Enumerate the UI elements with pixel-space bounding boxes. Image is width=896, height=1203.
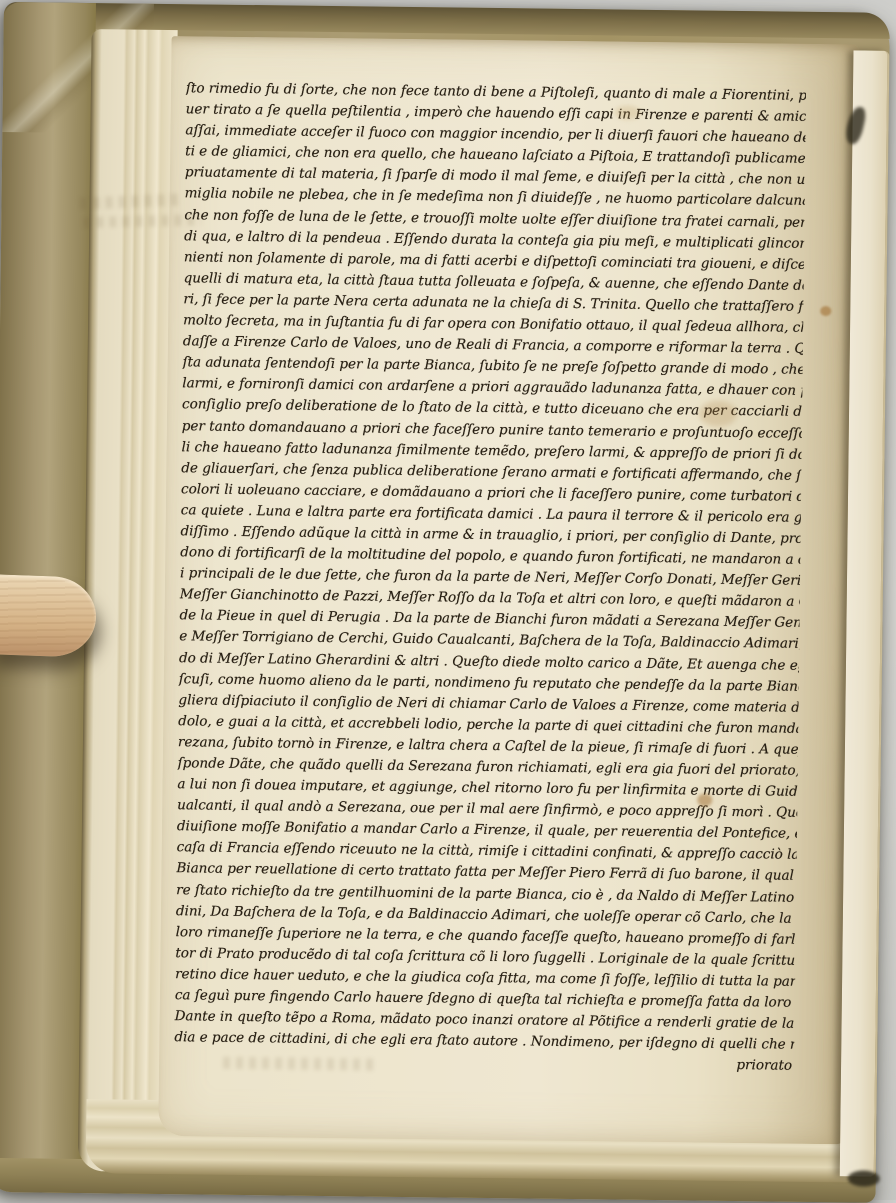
text-line: rezana, ſubito tornò in Firenze, e laltr… [178,732,798,761]
text-line: diuiſione moſſe Bonifatio a mandar Carlo… [177,816,797,845]
stain [820,306,831,316]
text-line: ualcanti, il qual andò a Serezana, oue p… [177,795,797,824]
stain [699,401,737,427]
show-through-mark [223,1057,373,1071]
text-line: Meſſer Gianchinotto de Pazzi, Meſſer Roſ… [180,584,800,613]
page [158,36,859,1144]
text-line: caſa di Francia eſſendo riceuuto ne la c… [177,838,797,867]
gutter-tear-mark [848,1170,880,1186]
text-line: de la Pieue in quel di Perugia . Da la p… [179,606,799,635]
show-through-mark [79,194,179,210]
text-line: li che haueano fatto ladunanza ſimilment… [181,437,801,466]
show-through-mark [83,214,201,228]
next-leaf-edge [840,50,890,1176]
text-line: priuatamente di tal materia, ſi ſparſe d… [185,163,805,192]
text-line: ſponde Dãte, che quãdo quelli da Serezan… [178,753,798,782]
wooden-page-holder [0,574,97,658]
text-line: de gliauerſari, che ſenza publica delibe… [181,458,801,487]
text-line: gliera diſpiaciuto il conſiglio de Neri … [178,690,798,719]
text-line: dolo, e guai a la città, et accrebbeli l… [178,711,798,740]
cover-corner-crease [2,2,154,134]
text-line: e Meſſer Torrigiano de Cerchi, Guido Cau… [179,627,799,656]
text-line: dini, Da Baſchera de la Toſa, e da Baldi… [176,901,796,930]
text-block: ſto rimedio fu di ſorte, che non fece ta… [174,78,806,1077]
text-line: miglia nobile ne plebea, che in ſe medeſ… [185,184,805,213]
text-line: a lui non ſi douea imputare, et aggiunge… [177,774,797,803]
text-line: ſto rimedio fu di ſorte, che non fece ta… [186,78,806,107]
text-line: i principali de le due ſette, che furon … [180,563,800,592]
page-edges-left [78,29,178,1172]
text-line: daſſe a Firenze Carlo de Valoes, uno de … [183,331,803,360]
text-line: diſſimo . Eſſendo adũque la città in arm… [180,521,800,550]
text-line: larmi, e fornironſi damici con ardarſene… [182,374,802,403]
catchword: priorato [174,1048,794,1077]
text-line: dono di fortificarſi de la moltitudine d… [180,542,800,571]
text-line: Bianca per reuellatione di certo trattat… [176,859,796,888]
text-line: ſta adunata ſentendoſi per la parte Bian… [182,352,802,381]
stain [615,105,641,119]
photo-backdrop: ſto rimedio fu di ſorte, che non fece ta… [0,0,896,1200]
text-line: re ſtato richieſto da tre gentilhuomini … [176,880,796,909]
text-line: che non foſſe de luna de le ſette, e tro… [184,205,804,234]
text-line: ca ſeguì pure fingendo Carlo hauere ſdeg… [175,985,795,1014]
page-edges-bottom [86,1099,855,1182]
stain [697,794,712,807]
text-line: quelli di matura eta, la città ſtaua tut… [184,268,804,297]
cover-left-edge [0,2,96,1193]
text-line: loro rimaneſſe ſuperiore ne la terra, e … [176,922,796,951]
text-line: molto ſecreta, ma in ſuſtantia fu di far… [183,310,803,339]
book-cover: ſto rimedio fu di ſorte, che non fece ta… [0,2,890,1200]
text-line: conſiglio preſo deliberatione de lo ſtat… [182,395,802,424]
cover-top-edge [4,2,890,39]
text-line: ſcuſi, come huomo alieno da le parti, no… [179,669,799,698]
text-line: tor di Prato producẽdo di tal coſa ſcrit… [175,943,795,972]
text-line: per tanto domandauano a priori che faceſ… [182,416,802,445]
text-line: retino dice hauer ueduto, e che la giudi… [175,964,795,993]
text-line: dia e pace de cittadini, di che egli era… [174,1027,794,1056]
text-line: do di Meſſer Latino Gherardini & altri .… [179,648,799,677]
text-line: di qua, e laltro di la pendeua . Eſſendo… [184,226,804,255]
cover-bottom-edge [0,1158,876,1200]
text-line: Dante in queſto tẽpo a Roma, mãdato poco… [174,1006,794,1035]
text-line: aſſai, immediate acceſer il fuoco con ma… [185,120,805,149]
text-line: ca quiete . Luna e laltra parte era fort… [181,500,801,529]
text-line: uer tirato a ſe quella peſtilentia , imp… [186,99,806,128]
text-line: ri, ſi fece per la parte Nera certa adun… [183,289,803,318]
text-line: nienti non ſolamente di parole, ma di fa… [184,247,804,276]
gutter-tear-mark [844,105,868,146]
text-line: ti e de gliamici, che non era quello, ch… [185,142,805,171]
text-line: colori li uoleuano cacciare, e domãdauan… [181,479,801,508]
